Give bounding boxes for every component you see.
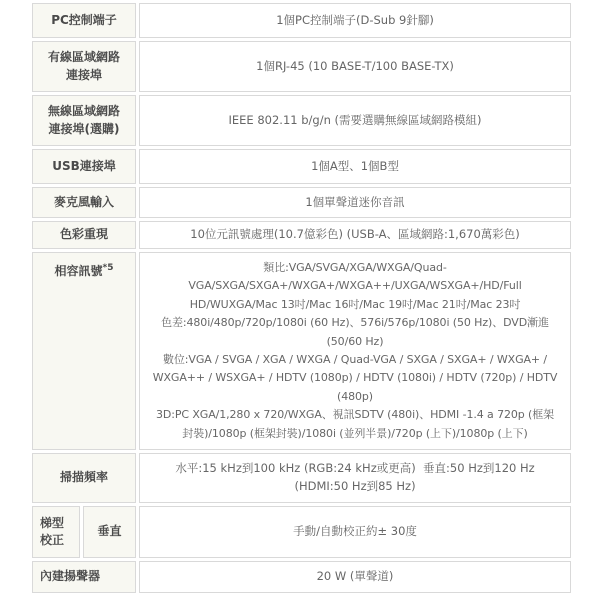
table-row: 掃描頻率 水平:15 kHz到100 kHz (RGB:24 kHz或更高) 垂… [32,453,571,503]
row-label: 梯型 校正 [32,506,80,558]
row-label: 麥克風輸入 [32,187,136,218]
row-value: 水平:15 kHz到100 kHz (RGB:24 kHz或更高) 垂直:50 … [139,453,571,503]
table-row: 色彩重現 10位元訊號處理(10.7億彩色) (USB-A、區域網路:1,670… [32,221,571,249]
row-label-text: 相容訊號 [55,264,103,278]
row-value: 1個單聲道迷你音訊 [139,187,571,218]
row-value: 10位元訊號處理(10.7億彩色) (USB-A、區域網路:1,670萬彩色) [139,221,571,249]
row-value: 20 W (單聲道) [139,561,571,593]
row-label: 相容訊號*5 [32,252,136,450]
row-value: 1個A型、1個B型 [139,149,571,184]
row-value: IEEE 802.11 b/g/n (需要選購無線區域網路模組) [139,95,571,146]
row-value: 1個RJ-45 (10 BASE-T/100 BASE-TX) [139,41,571,92]
row-label: 色彩重現 [32,221,136,249]
row-value: 手動/自動校正約± 30度 [139,506,571,558]
table-row: 無線區域網路 連接埠(選購) IEEE 802.11 b/g/n (需要選購無線… [32,95,571,146]
row-label: 掃描頻率 [32,453,136,503]
row-label: 無線區域網路 連接埠(選購) [32,95,136,146]
row-label: 有線區域網路 連接埠 [32,41,136,92]
row-label: USB連接埠 [32,149,136,184]
table-row: USB連接埠 1個A型、1個B型 [32,149,571,184]
table-row: 麥克風輸入 1個單聲道迷你音訊 [32,187,571,218]
table-row: 有線區域網路 連接埠 1個RJ-45 (10 BASE-T/100 BASE-T… [32,41,571,92]
table-row: PC控制端子 1個PC控制端子(D-Sub 9針腳) [32,3,571,38]
row-label: PC控制端子 [32,3,136,38]
row-value: 類比:VGA/SVGA/XGA/WXGA/Quad- VGA/SXGA/SXGA… [139,252,571,450]
spec-table: PC控制端子 1個PC控制端子(D-Sub 9針腳) 有線區域網路 連接埠 1個… [29,0,574,596]
row-sublabel: 垂直 [83,506,136,558]
table-row: 相容訊號*5 類比:VGA/SVGA/XGA/WXGA/Quad- VGA/SX… [32,252,571,450]
table-row: 內建揚聲器 20 W (單聲道) [32,561,571,593]
footnote-marker: *5 [103,263,114,273]
row-value: 1個PC控制端子(D-Sub 9針腳) [139,3,571,38]
table-row: 梯型 校正 垂直 手動/自動校正約± 30度 [32,506,571,558]
row-label: 內建揚聲器 [32,561,136,593]
